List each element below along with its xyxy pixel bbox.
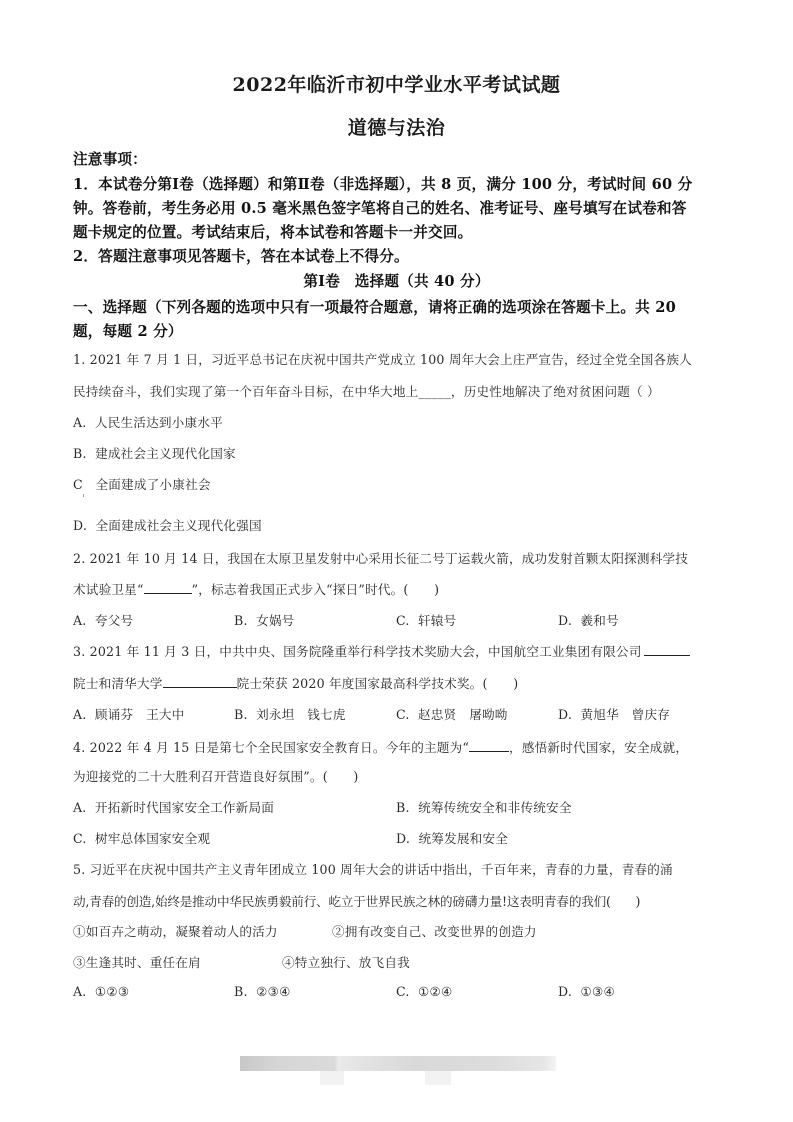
option-label: B. — [396, 800, 410, 815]
option-text: 树牢总体国家安全观 — [95, 831, 210, 846]
question-5-statement-1: ①如百卉之萌动，凝聚着动人的活力 — [73, 921, 278, 940]
option-label: B. — [234, 613, 248, 628]
question-5-statement-4: ④特立独行、放飞自我 — [282, 952, 410, 971]
option-label: D. — [558, 707, 572, 722]
option-label: A. — [73, 984, 87, 999]
redacted-footer-band — [240, 1056, 556, 1071]
option-text: 全面建成社会主义现代化强国 — [95, 518, 261, 533]
question-3-line-1-text: 3. 2021 年 11 月 3 日，中共中央、国务院隆重举行科学技术奖励大会，… — [73, 644, 642, 659]
question-3-option-d: D. 黄旭华 曾庆存 — [558, 704, 670, 723]
section-instruction-line-2: 题，每题 2 分） — [73, 320, 183, 341]
question-5-statement-2: ②拥有改变自己、改变世界的创造力 — [332, 921, 537, 940]
option-text: 羲和号 — [580, 613, 618, 628]
question-4-option-b: B. 统筹传统安全和非传统安全 — [396, 797, 572, 816]
question-5-line-1: 5. 习近平在庆祝中国共产主义青年团成立 100 周年大会的讲话中指出，千百年来… — [73, 859, 673, 878]
question-5-option-d: D. ①③④ — [558, 984, 615, 999]
option-label: B. — [234, 984, 248, 999]
redacted-footer-mark — [425, 1071, 451, 1085]
section-title: 第Ⅰ卷 选择题（共 40 分） — [0, 270, 793, 291]
option-text: 开拓新时代国家安全工作新局面 — [95, 800, 274, 815]
question-4-line-1-end: ，感悟新时代国家，安全成就， — [509, 740, 688, 755]
option-text: 人民生活达到小康水平 — [95, 415, 223, 430]
option-label: A. — [73, 613, 87, 628]
option-text: 统筹发展和安全 — [418, 831, 508, 846]
question-3-option-a: A. 顾诵芬 王大中 — [73, 704, 184, 723]
option-label: D. — [73, 518, 87, 533]
question-1-blank: _____ — [418, 384, 450, 399]
question-1-option-b: B. 建成社会主义现代化国家 — [73, 443, 236, 462]
notice-item-1-line-3: 题卡规定的位置。考试结束后，将本试卷和答题卡一并交回。 — [73, 221, 472, 242]
option-text: 轩辕号 — [418, 613, 456, 628]
option-text: 全面建成了小康社会 — [95, 477, 210, 492]
notice-item-2: 2．答题注意事项见答题卡，答在本试卷上不得分。 — [73, 245, 409, 266]
question-2-line-2-end: ”，标志着我国正式步入“探日”时代。( ) — [192, 582, 440, 597]
question-5-line-2: 动,青春的创造,始终是推动中华民族勇毅前行、屹立于世界民族之林的磅礴力量!这表明… — [73, 891, 640, 910]
section-instruction-line-1: 一、选择题（下列各题的选项中只有一项最符合题意，请将正确的选项涂在答题卡上。共 … — [73, 296, 676, 317]
question-4-option-d: D. 统筹发展和安全 — [396, 828, 508, 847]
option-label: C. — [396, 613, 410, 628]
option-text: 黄旭华 曾庆存 — [580, 707, 670, 722]
question-2-line-2-text: 术试验卫星“ — [73, 582, 144, 597]
question-1-option-c: C 全面建成了小康社会 — [73, 474, 211, 493]
option-label: A. — [73, 415, 87, 430]
option-text: 刘永坦 钱七虎 — [256, 707, 346, 722]
question-4-line-1: 4. 2022 年 4 月 15 日是第七个全民国家安全教育日。今年的主题为“，… — [73, 737, 688, 756]
question-3-line-2-end: 院士荣获 2020 年度国家最高科学技术奖。( ) — [237, 676, 519, 691]
option-label: C. — [396, 984, 410, 999]
question-5-option-a: A. ①②③ — [73, 984, 129, 999]
option-text: 顾诵芬 王大中 — [95, 707, 185, 722]
question-3-line-2-text: 院士和清华大学 — [73, 676, 163, 691]
question-4-blank — [469, 750, 509, 752]
notice-item-1-line-2: 钟。答卷前，考生务必用 0.5 毫米黑色签字笔将自己的姓名、准考证号、座号填写在… — [73, 197, 687, 218]
question-5-statement-3: ③生逢其时、重任在肩 — [73, 952, 201, 971]
redacted-footer-mark — [320, 1071, 344, 1085]
option-label: C. — [73, 831, 87, 846]
option-label: A. — [73, 707, 87, 722]
question-3-option-c: C. 赵忠贤 屠呦呦 — [396, 704, 508, 723]
question-4-option-c: C. 树牢总体国家安全观 — [73, 828, 210, 847]
question-1-line-2-text: 民持续奋斗，我们实现了第一个百年奋斗目标，在中华大地上 — [73, 384, 418, 399]
question-2-option-d: D. 羲和号 — [558, 610, 619, 629]
question-2-blank — [144, 592, 192, 594]
question-4-line-2: 为迎接党的二十大胜利召开营造良好氛围”。( ) — [73, 766, 359, 785]
option-label: A. — [73, 800, 87, 815]
option-label: B. — [73, 446, 87, 461]
option-text: 赵忠贤 屠呦呦 — [418, 707, 508, 722]
question-5-option-c: C. ①②④ — [396, 984, 453, 999]
option-label: D. — [558, 984, 572, 999]
question-3-blank-1 — [644, 654, 690, 656]
question-5-option-b: B. ②③④ — [234, 984, 291, 999]
option-text: ②③④ — [256, 984, 290, 999]
exam-subject: 道德与法治 — [0, 113, 793, 140]
question-3-option-b: B. 刘永坦 钱七虎 — [234, 704, 346, 723]
option-text: ①②④ — [418, 984, 452, 999]
option-text: 女娲号 — [256, 613, 294, 628]
option-label: B. — [234, 707, 248, 722]
notice-item-1-line-1: 1．本试卷分第Ⅰ卷（选择题）和第Ⅱ卷（非选择题），共 8 页，满分 100 分，… — [73, 173, 692, 194]
question-3-line-2: 院士和清华大学院士荣获 2020 年度国家最高科学技术奖。( ) — [73, 673, 518, 692]
question-2-option-b: B. 女娲号 — [234, 610, 294, 629]
question-1-line-1: 1. 2021 年 7 月 1 日，习近平总书记在庆祝中国共产党成立 100 周… — [73, 349, 692, 368]
question-1-line-2-end: ，历史性地解决了绝对贫困问题（ ） — [451, 384, 660, 399]
question-4-option-a: A. 开拓新时代国家安全工作新局面 — [73, 797, 274, 816]
question-2-option-c: C. 轩辕号 — [396, 610, 456, 629]
question-2-option-a: A. 夸父号 — [73, 610, 133, 629]
question-3-line-1: 3. 2021 年 11 月 3 日，中共中央、国务院隆重举行科学技术奖励大会，… — [73, 641, 690, 660]
option-text: ①②③ — [95, 984, 129, 999]
option-text: 统筹传统安全和非传统安全 — [418, 800, 572, 815]
question-1-option-d: D. 全面建成社会主义现代化强国 — [73, 515, 262, 534]
option-label: D. — [396, 831, 410, 846]
notice-heading: 注意事项： — [73, 148, 147, 169]
stray-mark — [83, 494, 84, 497]
option-label: D. — [558, 613, 572, 628]
option-label: C. — [396, 707, 410, 722]
exam-title: 2022年临沂市初中学业水平考试试题 — [0, 70, 793, 97]
question-3-blank-2 — [163, 686, 237, 688]
option-text: ①③④ — [580, 984, 614, 999]
question-2-line-1: 2. 2021 年 10 月 14 日，我国在太原卫星发射中心采用长征二号丁运载… — [73, 548, 688, 567]
option-label: C — [73, 477, 83, 492]
question-2-line-2: 术试验卫星“”，标志着我国正式步入“探日”时代。( ) — [73, 579, 439, 598]
question-1-option-a: A. 人民生活达到小康水平 — [73, 412, 223, 431]
question-1-line-2: 民持续奋斗，我们实现了第一个百年奋斗目标，在中华大地上_____，历史性地解决了… — [73, 381, 660, 400]
option-text: 建成社会主义现代化国家 — [95, 446, 236, 461]
question-4-line-1-text: 4. 2022 年 4 月 15 日是第七个全民国家安全教育日。今年的主题为“ — [73, 740, 469, 755]
option-text: 夸父号 — [95, 613, 133, 628]
